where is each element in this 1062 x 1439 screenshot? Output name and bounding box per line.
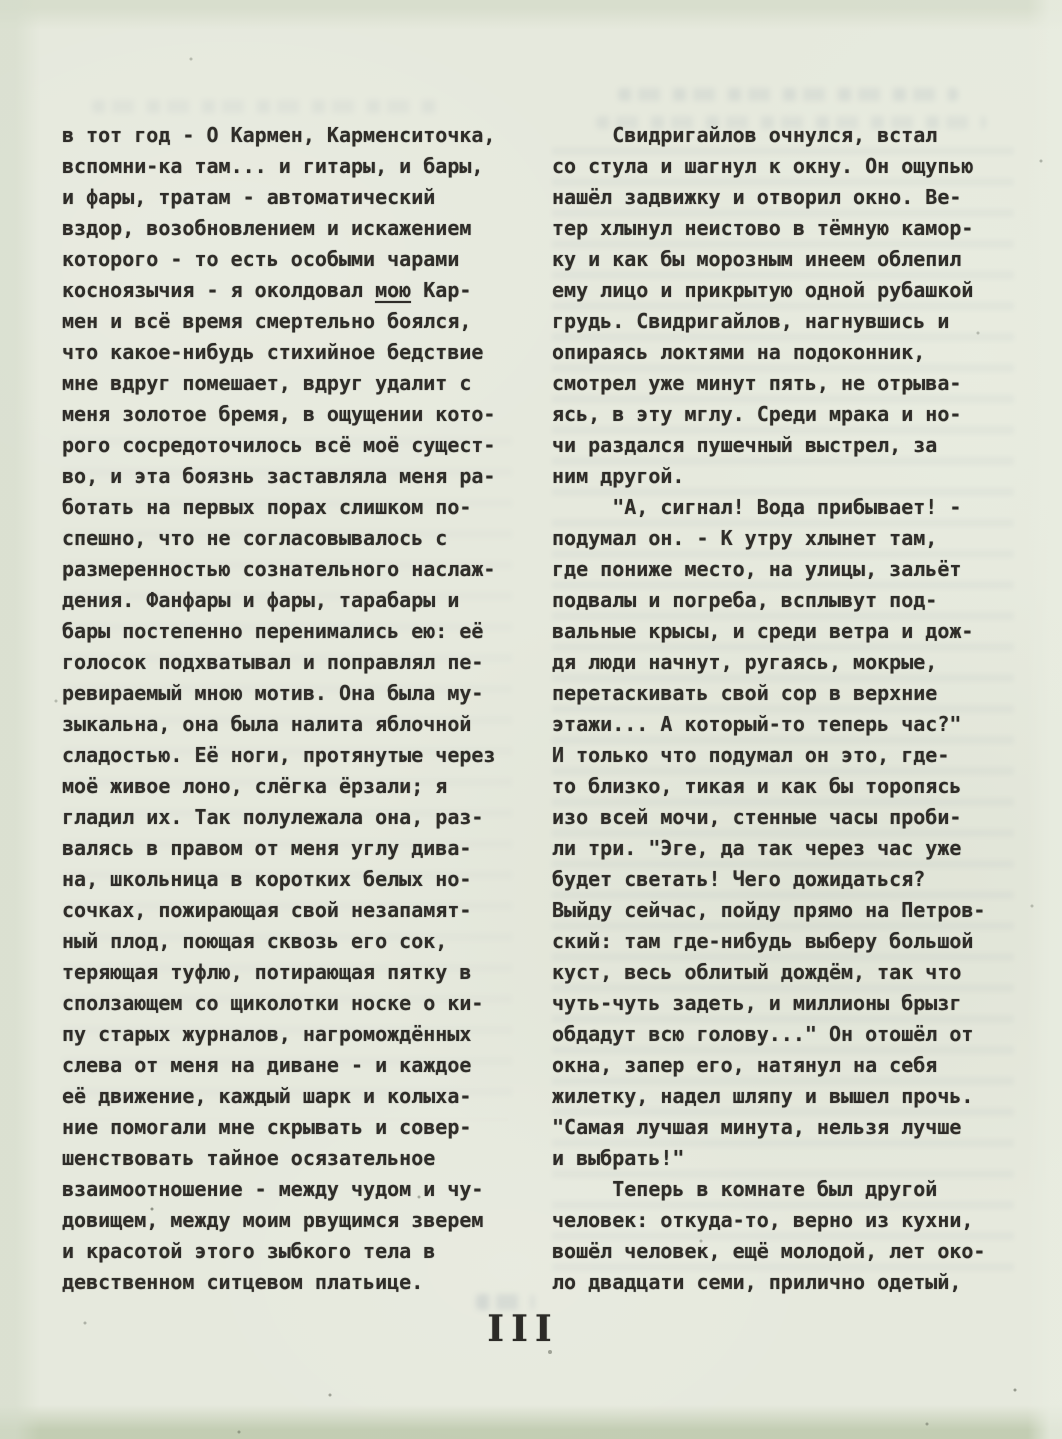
page-number: III (0, 1308, 1046, 1350)
left-text-column: в тот год - О Кармен, Карменситочка, всп… (62, 120, 522, 1298)
bleed-through-ghost-text (618, 88, 958, 101)
dust-specks (0, 0, 2, 2)
bleed-through-ghost-text (92, 100, 442, 113)
right-text-column: Свидригайлов очнулся, встал со стула и ш… (552, 120, 1022, 1298)
scanned-page: в тот год - О Кармен, Карменситочка, всп… (0, 0, 1062, 1439)
